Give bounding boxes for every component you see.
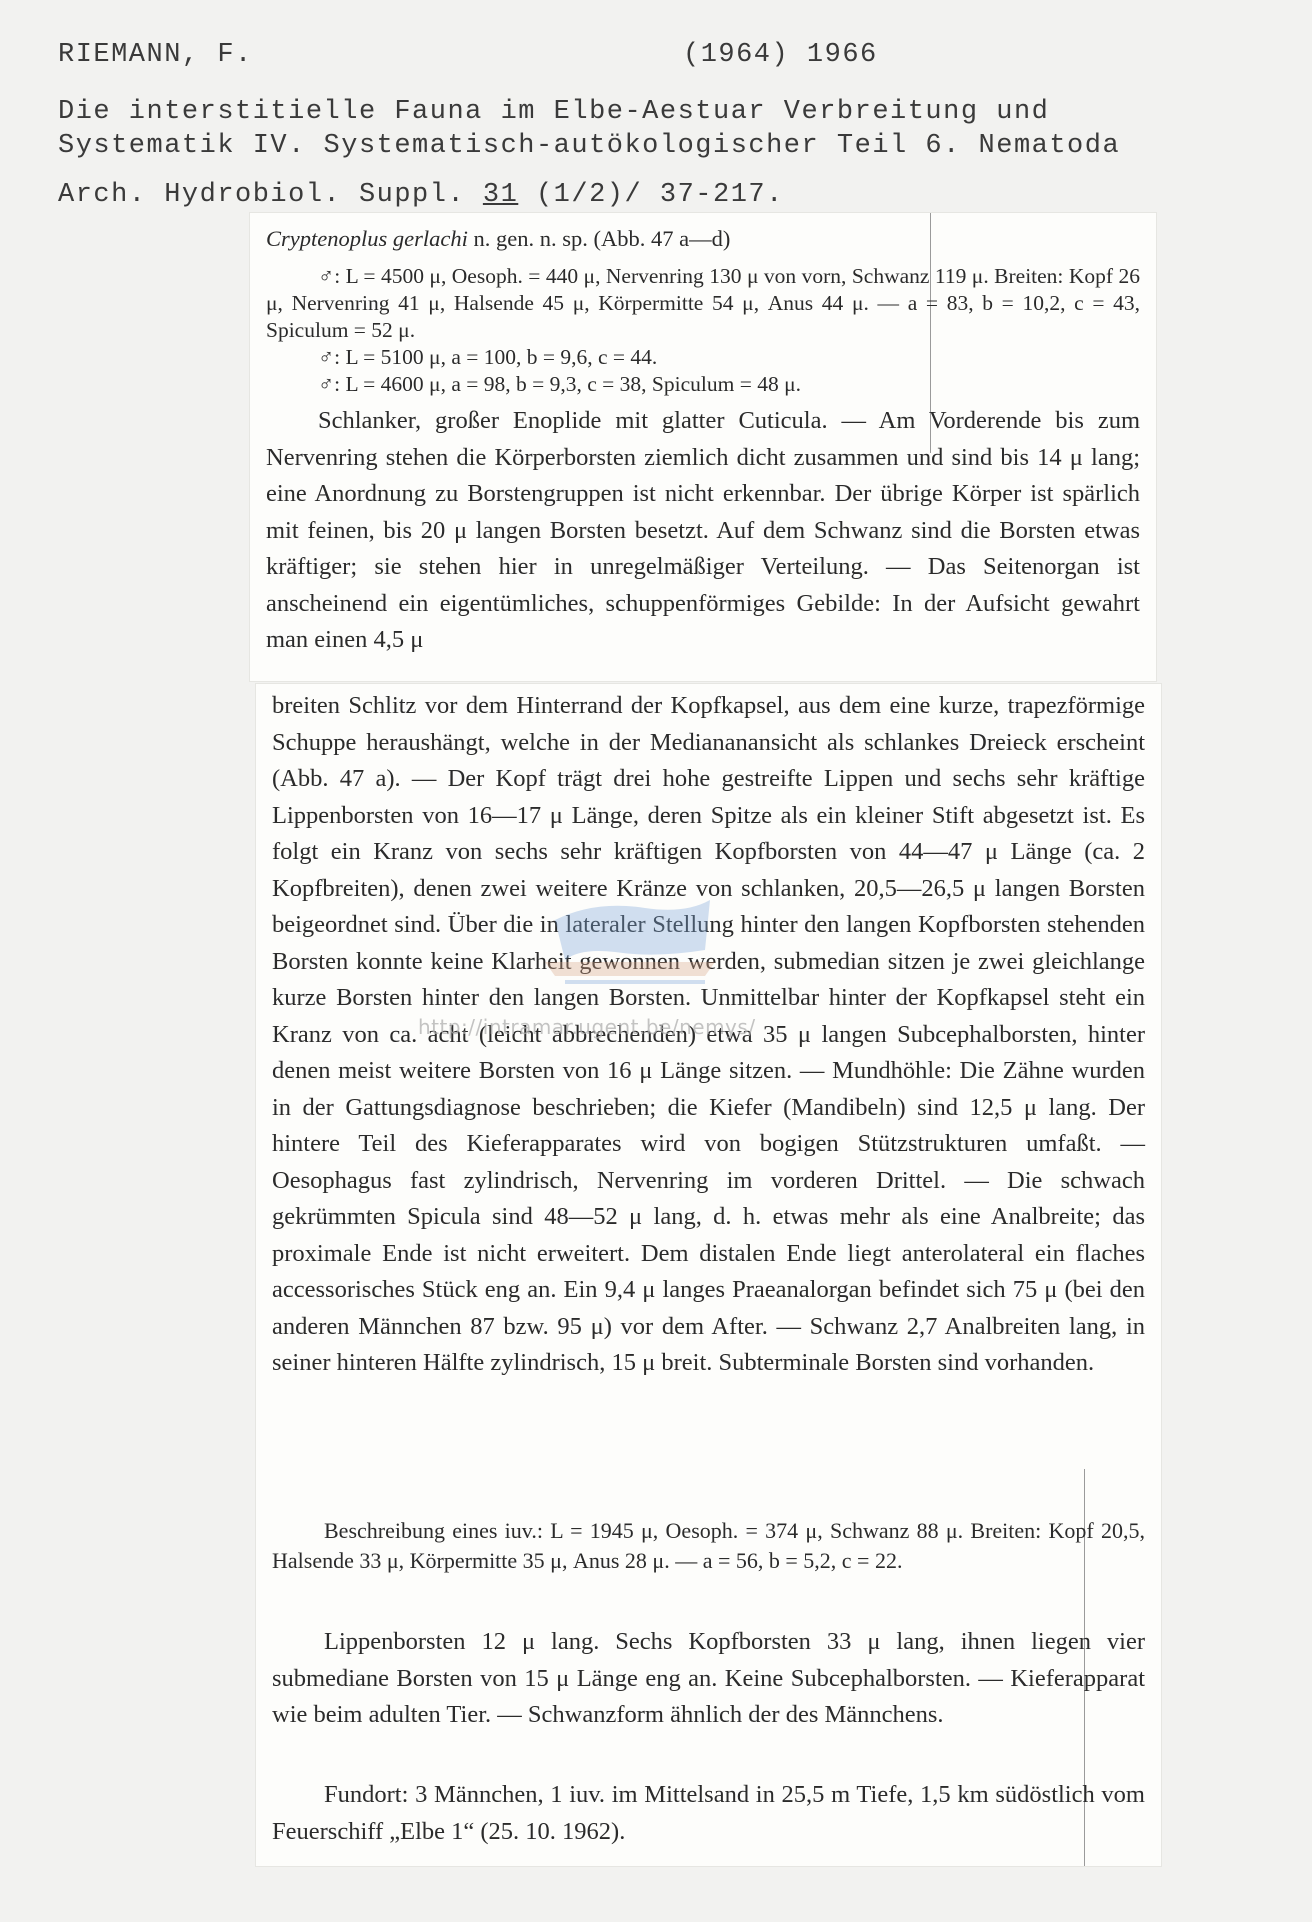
juvenile-description: Lippenborsten 12 μ lang. Sechs Kopfborst… — [272, 1624, 1145, 1734]
locality: Fundort: 3 Männchen, 1 iuv. im Mittelsan… — [272, 1777, 1145, 1850]
journal-suffix: (1/2)/ 37-217. — [518, 180, 784, 210]
journal-volume: 31 — [483, 180, 518, 210]
measurement-male-2: ♂: L = 5100 μ, a = 100, b = 9,6, c = 44. — [266, 344, 1140, 371]
measurement-male-3: ♂: L = 4600 μ, a = 98, b = 9,3, c = 38, … — [266, 371, 1140, 398]
description-bottom: breiten Schlitz vor dem Hinterrand der K… — [272, 688, 1145, 1382]
title-line-2: Systematik IV. Systematisch-autökologisc… — [58, 131, 1120, 161]
species-name: Cryptenoplus gerlachi — [266, 226, 468, 251]
clipping-bottom: breiten Schlitz vor dem Hinterrand der K… — [256, 684, 1161, 1866]
species-qualifier: n. gen. n. sp. (Abb. 47 a—d) — [468, 226, 730, 251]
journal-citation: Arch. Hydrobiol. Suppl. 31 (1/2)/ 37-217… — [58, 178, 784, 212]
juvenile-measurements: Beschreibung eines iuv.: L = 1945 μ, Oes… — [272, 1516, 1145, 1576]
measurement-male-1: ♂: L = 4500 μ, Oesoph. = 440 μ, Nervenri… — [266, 263, 1140, 344]
journal-prefix: Arch. Hydrobiol. Suppl. — [58, 180, 483, 210]
description-top: Schlanker, großer Enoplide mit glatter C… — [266, 403, 1140, 659]
species-heading: Cryptenoplus gerlachi n. gen. n. sp. (Ab… — [266, 225, 1140, 252]
author: RIEMANN, F. — [58, 38, 253, 72]
clipping-top: Cryptenoplus gerlachi n. gen. n. sp. (Ab… — [250, 213, 1156, 681]
publication-year: (1964) 1966 — [683, 38, 878, 72]
title-line-1: Die interstitielle Fauna im Elbe-Aestuar… — [58, 97, 1049, 127]
publication-title: Die interstitielle Fauna im Elbe-Aestuar… — [58, 95, 1120, 163]
